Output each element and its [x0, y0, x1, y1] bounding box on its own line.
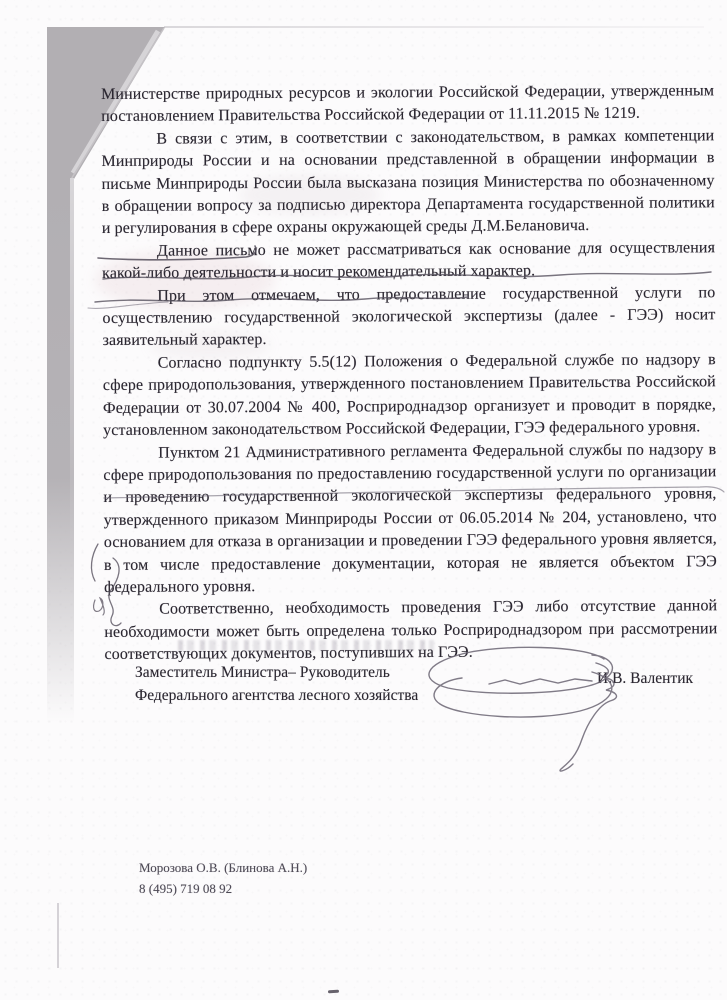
signer-position-line2: Федерального агентства лесного хозяйства	[135, 684, 465, 707]
scan-edge-faint-line	[57, 903, 59, 968]
body-paragraph: Согласно подпункту 5.5(12) Положения о Ф…	[103, 349, 717, 442]
body-paragraph: Данное письмо не может рассматриваться к…	[102, 237, 715, 286]
signer-name: И.В. Валентик	[597, 670, 693, 688]
body-paragraph: Соответственно, необходимость проведения…	[104, 596, 717, 667]
signer-position-line1: Заместитель Министра– Руководитель	[135, 661, 465, 684]
body-paragraph: Министерстве природных ресурсов и эколог…	[101, 80, 714, 129]
scan-artifact-dash	[328, 990, 339, 994]
margin-small-loop-mark	[94, 598, 105, 615]
body-paragraph: Пунктом 21 Административного регламента …	[103, 439, 717, 600]
executor-phone: 8 (495) 719 08 92	[139, 878, 307, 899]
signer-position: Заместитель Министра– Руководитель Федер…	[135, 661, 465, 707]
page-edge-highlight	[70, 178, 74, 558]
body-paragraph: В связи с этим, в соответствии с законод…	[101, 125, 715, 241]
scanned-page: Министерстве природных ресурсов и эколог…	[0, 0, 727, 1000]
executor-block: Морозова О.В. (Блинова А.Н.) 8 (495) 719…	[139, 857, 307, 899]
body-paragraph: При этом отмечаем, что предоставление го…	[102, 282, 715, 353]
margin-arc-mark	[91, 544, 98, 581]
executor-name: Морозова О.В. (Блинова А.Н.)	[139, 857, 307, 878]
letter-body: Министерстве природных ресурсов и эколог…	[101, 80, 718, 666]
page-top-edge	[164, 26, 704, 28]
